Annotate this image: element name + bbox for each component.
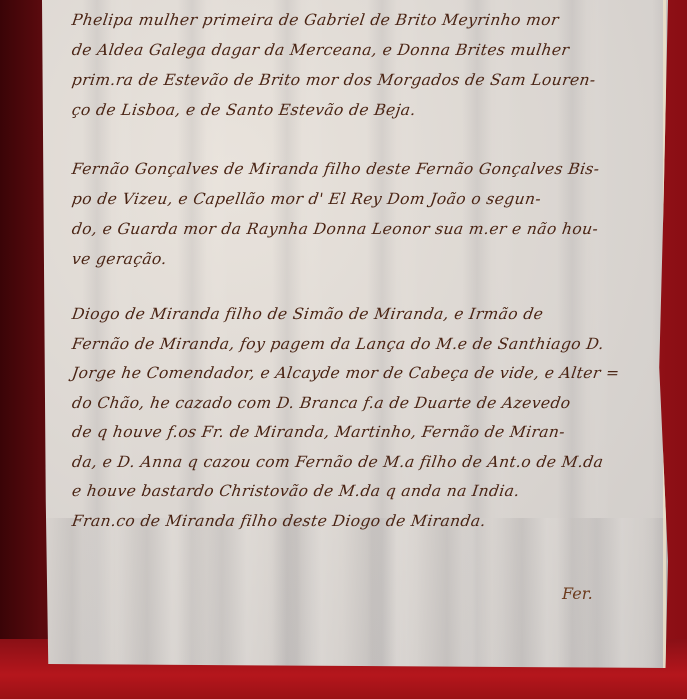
- paragraph-fernao-goncalves: Fernão Gonçalves de Miranda filho deste …: [72, 154, 592, 274]
- manuscript-line: Fernão Gonçalves de Miranda filho deste …: [70, 154, 594, 184]
- manuscript-line: do, e Guarda mor da Raynha Donna Leonor …: [70, 214, 594, 244]
- manuscript-line: ço de Lisboa, e de Santo Estevão de Beja…: [70, 95, 594, 125]
- manuscript-line: Fernão de Miranda, foy pagem da Lança do…: [70, 330, 594, 360]
- paragraph-diogo-de-miranda: Diogo de Miranda filho de Simão de Miran…: [72, 300, 592, 536]
- manuscript-line: Phelipa mulher primeira de Gabriel de Br…: [70, 5, 594, 35]
- manuscript-line: de q houve f.os Fr. de Miranda, Martinho…: [70, 418, 594, 448]
- manuscript-line: po de Vizeu, e Capellão mor d' El Rey Do…: [70, 184, 594, 214]
- manuscript-line: da, e D. Anna q cazou com Fernão de M.a …: [70, 448, 594, 478]
- manuscript-line: prim.ra de Estevão de Brito mor dos Morg…: [70, 65, 594, 95]
- manuscript-line: ve geração.: [70, 244, 594, 274]
- paragraph-phelipa: Phelipa mulher primeira de Gabriel de Br…: [72, 5, 592, 125]
- manuscript-line: Diogo de Miranda filho de Simão de Miran…: [70, 300, 594, 330]
- page-edge: [663, 0, 666, 668]
- manuscript-line: de Aldea Galega dagar da Merceana, e Don…: [70, 35, 594, 65]
- manuscript-line: Jorge he Comendador, e Alcayde mor de Ca…: [70, 359, 594, 389]
- catchword: Fer.: [562, 584, 593, 603]
- manuscript-line: do Chão, he cazado com D. Branca f.a de …: [70, 389, 594, 419]
- manuscript-line: e houve bastardo Christovão de M.da q an…: [70, 477, 594, 507]
- manuscript-line: Fran.co de Miranda filho deste Diogo de …: [70, 507, 594, 537]
